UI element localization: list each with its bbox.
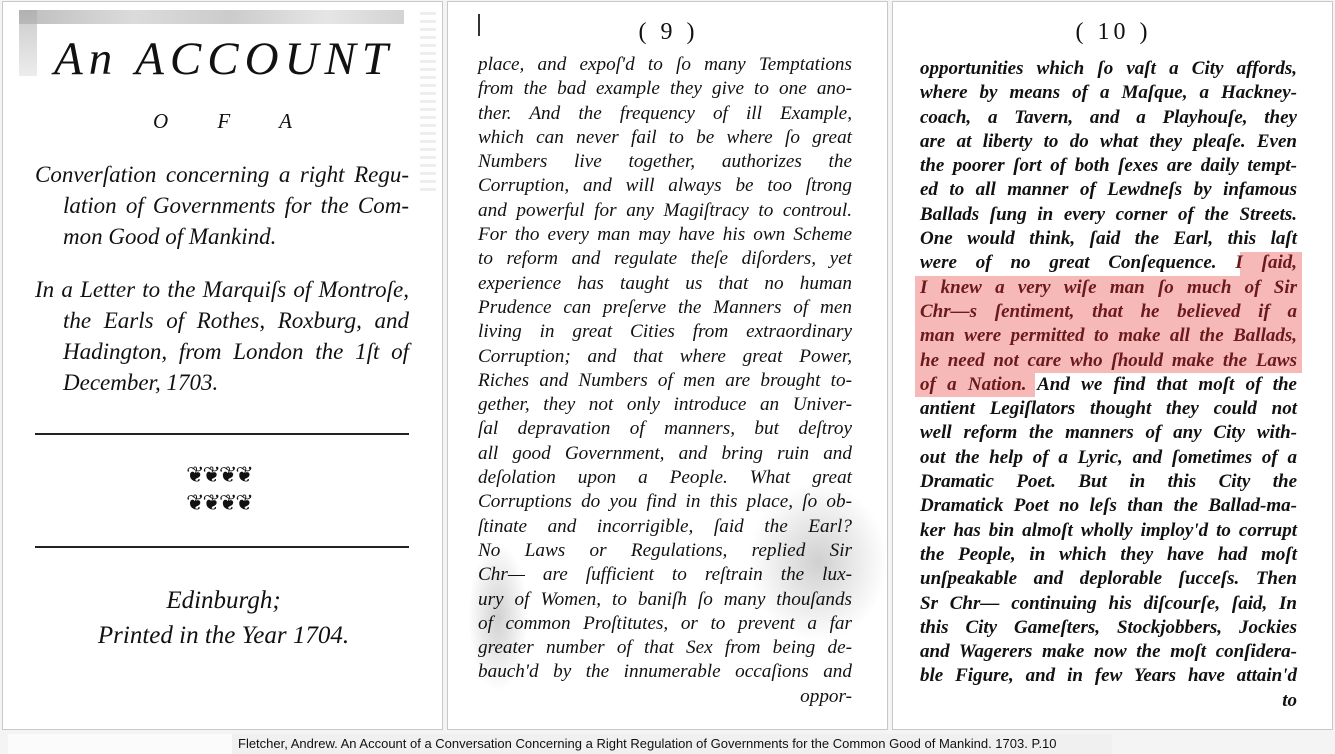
text-line: ed to all manner of Lewdneſs by infamous: [920, 178, 1297, 202]
letter-line: In a Letter to the Marquiſs of Montroſe,: [35, 274, 409, 305]
text-line: Chr— are ſufficient to reſtrain the lux-: [478, 563, 852, 587]
text-line: all good Government, and bring ruin and: [478, 442, 852, 466]
page-body: opportunities which ſo vaſt a City affor…: [920, 57, 1297, 713]
highlighted-text: of a Nation.: [920, 374, 1027, 395]
text-line: ble Figure, and in few Years have attain…: [920, 664, 1297, 688]
text-line: Corruptions do you find in this place, ſ…: [478, 490, 852, 514]
letter-line: the Earls of Rothes, Roxburg, and: [35, 305, 409, 336]
text-line: and Wagerers make now the moſt conſidera…: [920, 640, 1297, 664]
subtitle-line: lation of Governments for the Com-: [35, 190, 409, 221]
text-line: ſtinate and incorrigible, ſaid the Earl?: [478, 515, 852, 539]
text-line: this City Gameſters, Stockjobbers, Jocki…: [920, 616, 1297, 640]
title-of-a: O F A: [3, 109, 443, 134]
imprint-place: Edinburgh;: [3, 587, 443, 615]
caption-margin: [8, 734, 232, 754]
subtitle-line: Converſation concerning a right Regu-: [35, 159, 409, 190]
highlighted-text: man were permitted to make all the Balla…: [920, 324, 1297, 348]
text-line: from the bad example they give to one an…: [478, 77, 852, 101]
catchword: oppor-: [478, 685, 852, 709]
book-title: An ACCOUNT: [39, 32, 409, 86]
scan-artifact: [19, 10, 37, 76]
text-line: and powerful for any Magiſtracy to contr…: [478, 199, 852, 223]
text-segment: were of no great Conſequence.: [920, 252, 1217, 273]
text-line: opportunities which ſo vaſt a City affor…: [920, 57, 1297, 81]
scan-artifact: [19, 10, 404, 24]
text-line: antient Legiſlators thought they could n…: [920, 397, 1297, 421]
title-page-scan: An ACCOUNT O F A Converſation concerning…: [2, 1, 443, 730]
text-line: ker has bin almoſt wholly imploy'd to co…: [920, 519, 1297, 543]
text-line: Ballads ſung in every corner of the Stre…: [920, 203, 1297, 227]
ornament-row: ❦❦❦❦: [173, 489, 265, 517]
text-line: Numbers live together, authorizes the: [478, 150, 852, 174]
text-line: One would think, ſaid the Earl, this laſ…: [920, 227, 1297, 251]
text-line: the poorer ſort of both ſexes are daily …: [920, 154, 1297, 178]
text-line: Dramatic Poet. But in this City the: [920, 470, 1297, 494]
horizontal-rule: [35, 433, 409, 435]
imprint-date: Printed in the Year 1704.: [3, 622, 443, 650]
highlighted-text: I ſaid,: [1235, 252, 1297, 273]
text-line: were of no great Conſequence. I ſaid,: [920, 251, 1297, 275]
page-9-scan: ( 9 ) place, and expoſ'd to ſo many Temp…: [447, 1, 888, 730]
text-line: Dramatick Poet no leſs than the Ballad-m…: [920, 494, 1297, 518]
page-10-scan: ( 10 ) opportunities which ſo vaſt a Cit…: [892, 1, 1333, 730]
text-line: ther. And the frequency of ill Example,: [478, 102, 852, 126]
text-line: Corruption, and will always be too ſtron…: [478, 174, 852, 198]
text-line: to reform and regulate theſe diſorders, …: [478, 247, 852, 271]
text-line: well reform the manners of any City with…: [920, 421, 1297, 445]
text-line: place, and expoſ'd to ſo many Temptation…: [478, 53, 852, 77]
citation-caption: Fletcher, Andrew. An Account of a Conver…: [232, 734, 1112, 754]
scan-artifact: [420, 12, 436, 192]
text-line: where by means of a Maſque, a Hackney-: [920, 81, 1297, 105]
text-line: the People, in which they have had moſt: [920, 543, 1297, 567]
text-line: deſolation upon a People. What great: [478, 466, 852, 490]
text-line: Corruption; and that where great Power,: [478, 345, 852, 369]
text-line: gether, they not only introduce an Unive…: [478, 393, 852, 417]
text-line: of common Proſtitutes, or to prevent a f…: [478, 612, 852, 636]
text-line: bauch'd by the innumerable occaſions and: [478, 660, 852, 684]
text-line: For tho every man may have his own Schem…: [478, 223, 852, 247]
text-line: out the help of a Lyric, and ſometimes o…: [920, 446, 1297, 470]
text-line: unſpeakable and deplorable ſucceſs. Then: [920, 567, 1297, 591]
text-line: ury of Women, to baniſh ſo many thouſand…: [478, 588, 852, 612]
text-line: ſal depravation of manners, but deſtroy: [478, 417, 852, 441]
highlighted-text: he need not care who ſhould make the Law…: [920, 349, 1297, 373]
text-line: living in great Cities from extraordinar…: [478, 320, 852, 344]
catchword: to: [920, 689, 1297, 713]
highlighted-text: Chr—s ſentiment, that he believed if a: [920, 300, 1297, 324]
text-segment: And we find that moſt of the: [1037, 374, 1297, 395]
book-subtitle: Converſation concerning a right Regu- la…: [35, 159, 409, 252]
text-line: Riches and Numbers of men are brought to…: [478, 369, 852, 393]
printers-ornament-icon: ❦❦❦❦ ❦❦❦❦: [173, 461, 265, 521]
text-line: Prudence can preſerve the Manners of men: [478, 296, 852, 320]
letter-line: December, 1703.: [35, 367, 409, 398]
page-number: ( 9 ): [448, 19, 888, 46]
text-line: which can never fail to be where ſo grea…: [478, 126, 852, 150]
horizontal-rule: [35, 546, 409, 548]
text-line: are at liberty to do what they pleaſe. E…: [920, 130, 1297, 154]
ornament-row: ❦❦❦❦: [173, 461, 265, 489]
text-line: of a Nation. And we find that moſt of th…: [920, 373, 1297, 397]
text-line: greater number of that Sex from being de…: [478, 636, 852, 660]
letter-line: Hadington, from London the 1ſt of: [35, 336, 409, 367]
page-number: ( 10 ): [893, 19, 1333, 46]
text-line: Sr Chr— continuing his diſcourſe, ſaid, …: [920, 592, 1297, 616]
text-line: coach, a Tavern, and a Playhouſe, they: [920, 106, 1297, 130]
text-line: experience has taught us that no human: [478, 272, 852, 296]
letter-dedication: In a Letter to the Marquiſs of Montroſe,…: [35, 274, 409, 398]
subtitle-line: mon Good of Mankind.: [35, 221, 409, 252]
page-body: place, and expoſ'd to ſo many Temptation…: [478, 53, 852, 709]
highlighted-text: I knew a very wiſe man ſo much of Sir: [920, 276, 1297, 300]
text-line: No Laws or Regulations, replied Sir: [478, 539, 852, 563]
